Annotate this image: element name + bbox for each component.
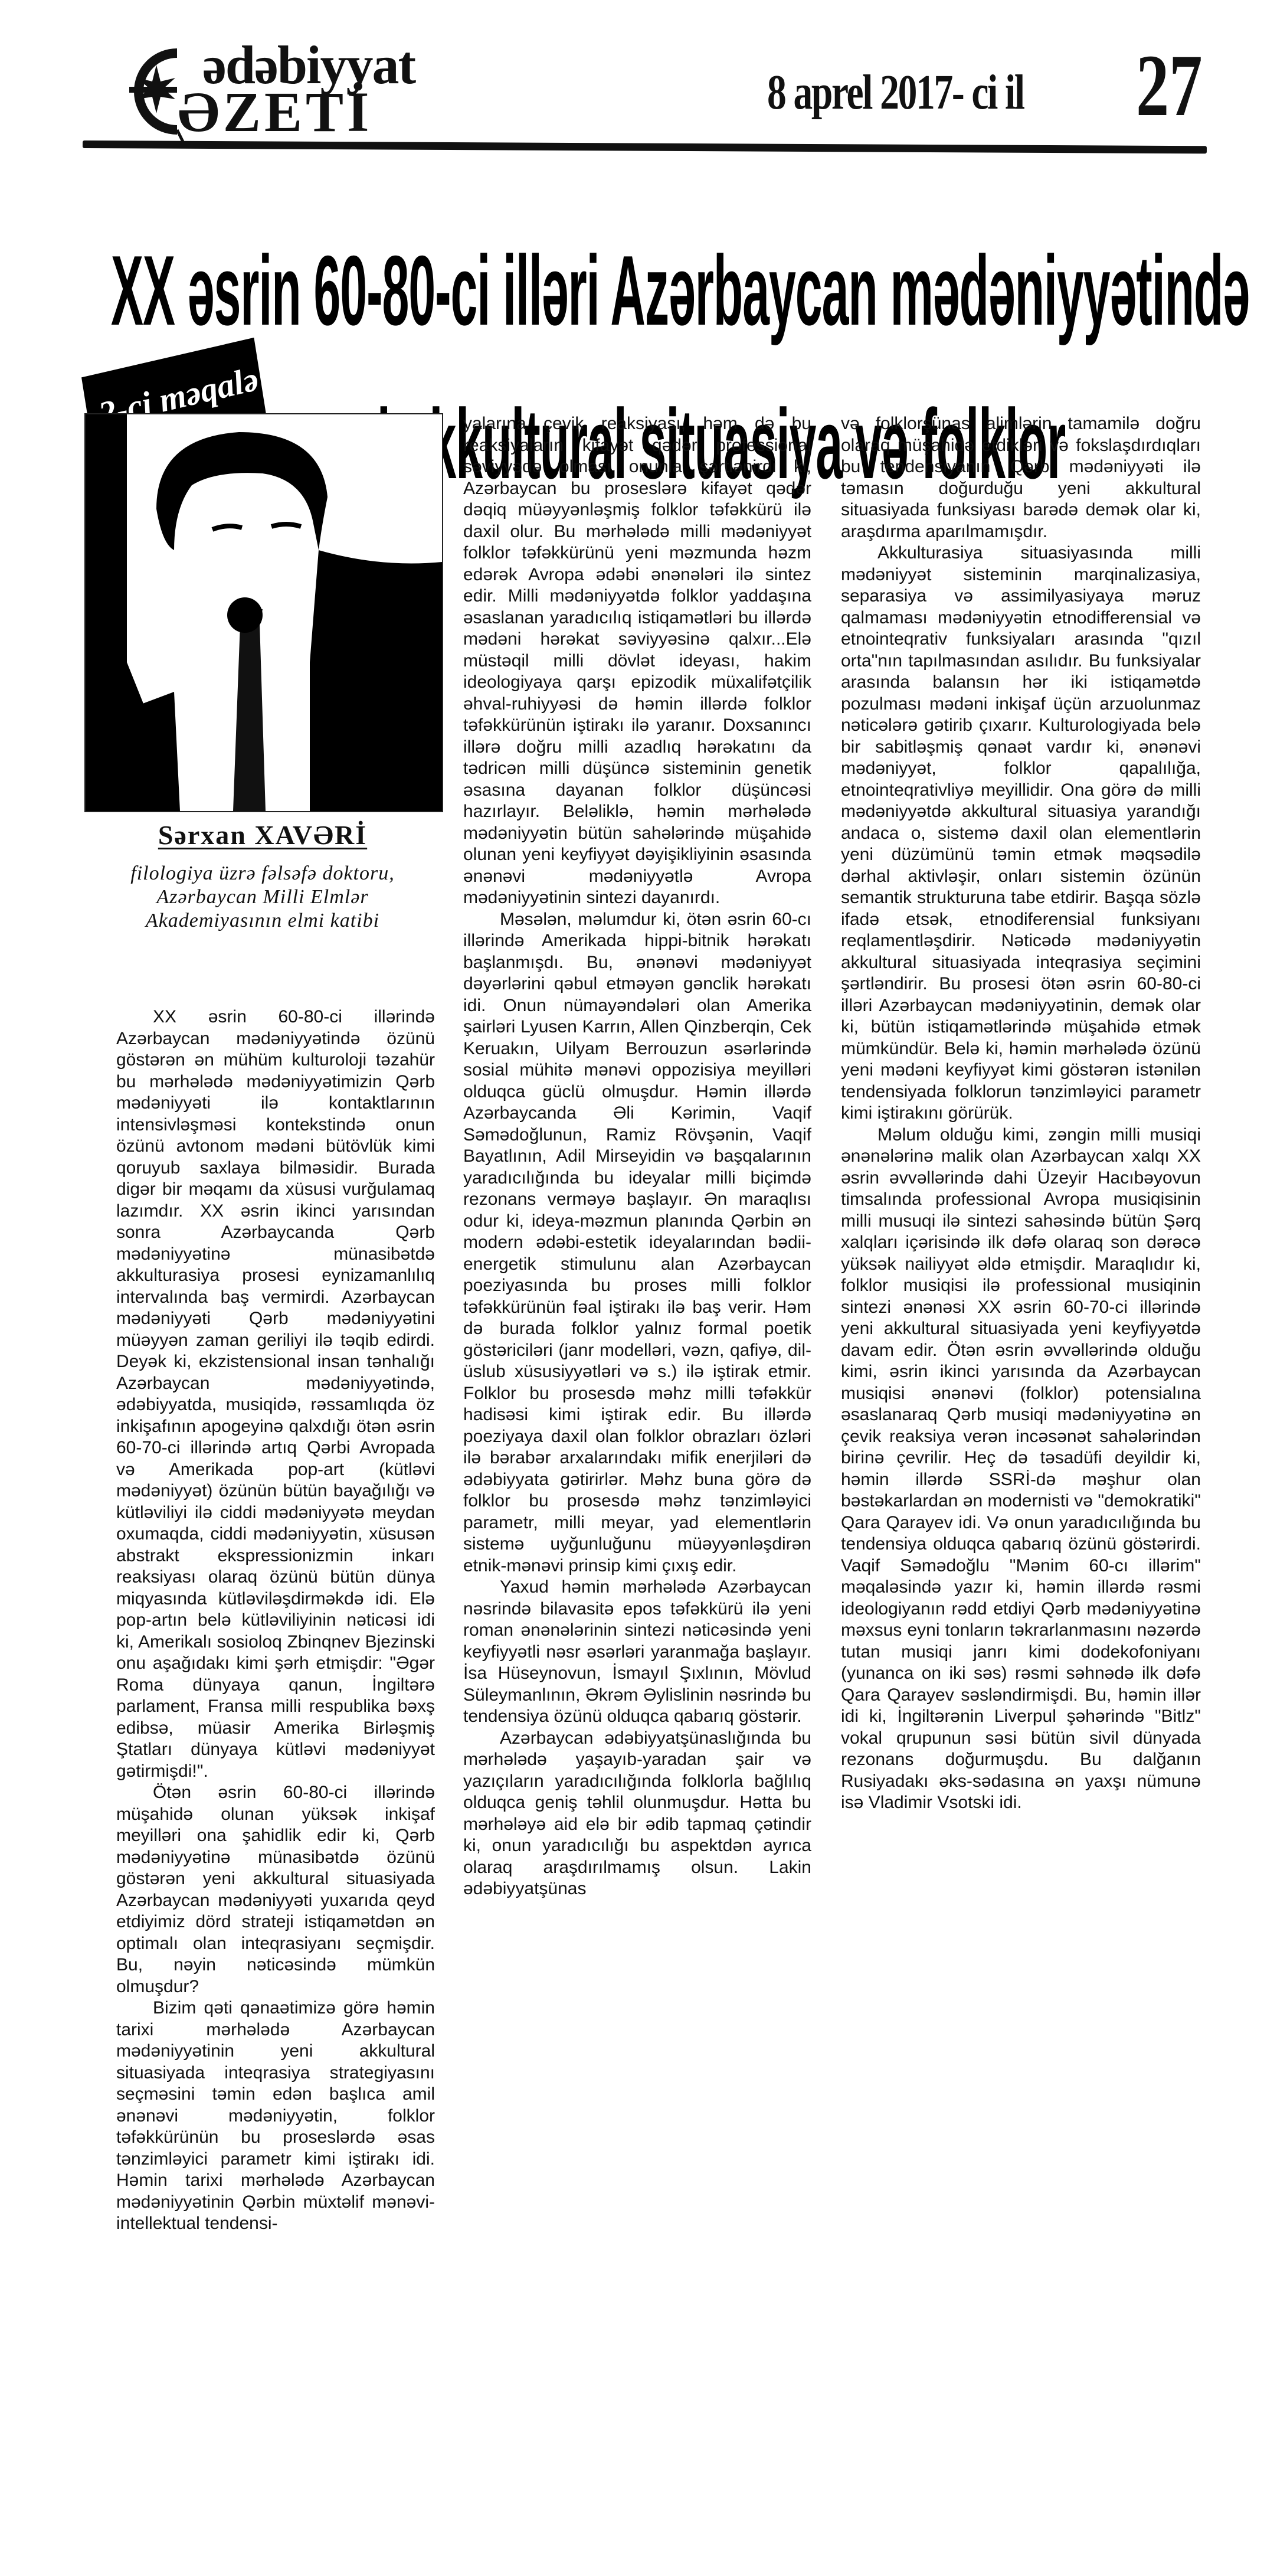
author-caption-line: Akademiyasının elmi katibi: [84, 909, 441, 933]
author-name: Sərxan XAVƏRİ: [84, 819, 441, 851]
author-caption-line: Azərbaycan Milli Elmlər: [84, 885, 441, 909]
paragraph: Akkulturasiya situasiyasında milli mədən…: [841, 542, 1201, 1124]
article-column-3: və folklorşünas alimlərin tamamilə doğru…: [841, 413, 1201, 1814]
article-column-2: yalarına çevik reaksiyası, həm də bu rea…: [463, 413, 811, 1900]
masthead-divider: [83, 140, 1207, 153]
issue-date: 8 aprel 2017- ci il: [767, 64, 1024, 121]
paragraph: Məsələn, məlumdur ki, ötən əsrin 60-cı i…: [463, 909, 811, 1577]
paragraph: Ötən əsrin 60-80-ci illərində müşahidə o…: [116, 1782, 435, 1998]
author-caption-line: filologiya üzrə fəlsəfə doktoru,: [84, 862, 441, 885]
logo-line-2: ƏZETİ: [178, 84, 372, 140]
newspaper-logo: ədəbiyyat ƏZETİ: [121, 41, 398, 142]
page-number: 27: [1136, 41, 1203, 130]
author-caption: filologiya üzrə fəlsəfə doktoru, Azərbay…: [84, 862, 441, 933]
portrait-icon: [86, 414, 442, 811]
author-portrait-photo: [84, 413, 443, 812]
paragraph: və folklorşünas alimlərin tamamilə doğru…: [841, 413, 1201, 542]
article-column-1: XX əsrin 60-80-ci illərində Azərbaycan m…: [116, 1006, 435, 2235]
paragraph: yalarına çevik reaksiyası, həm də bu rea…: [463, 413, 811, 909]
paragraph: XX əsrin 60-80-ci illərində Azərbaycan m…: [116, 1006, 435, 1782]
paragraph: Məlum olduğu kimi, zəngin milli musiqi ə…: [841, 1124, 1201, 1814]
paragraph: Azərbaycan ədəbiyyatşünaslığında bu mərh…: [463, 1728, 811, 1900]
paragraph: Yaxud həmin mərhələdə Azərbaycan nəsrind…: [463, 1577, 811, 1728]
paragraph: Bizim qəti qənaətimizə görə həmin tarixi…: [116, 1998, 435, 2235]
headline-line-1: XX əsrin 60-80-ci illəri Azərbaycan mədə…: [111, 241, 1249, 340]
